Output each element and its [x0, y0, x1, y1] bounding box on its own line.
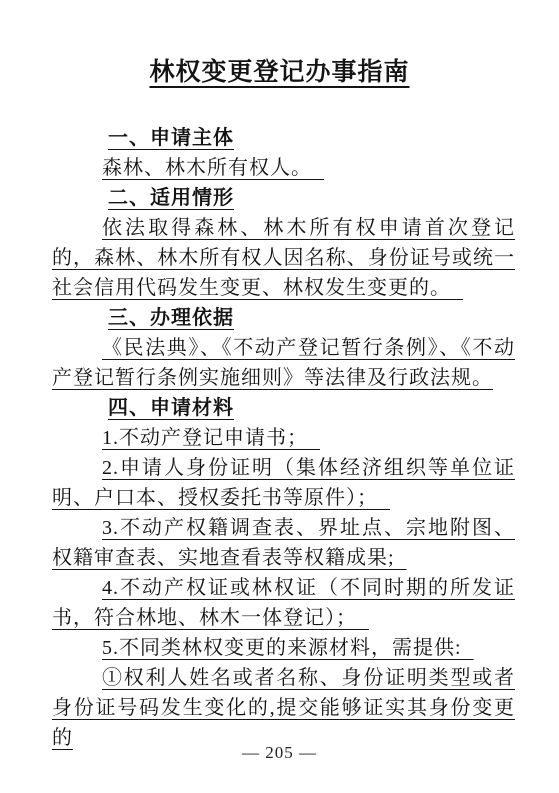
section-heading-applicable-situations: 二、适用情形: [52, 183, 515, 213]
section-heading-application-subject: 一、申请主体: [52, 123, 515, 153]
document-page: 林权变更登记办事指南 一、申请主体 森林、林木所有权人。 二、适用情形 依法取得…: [0, 0, 559, 793]
material-item-5: 5.不同类林权变更的来源材料，需提供:: [52, 633, 515, 663]
section-heading-legal-basis: 三、办理依据: [52, 303, 515, 333]
material-item-1: 1.不动产登记申请书；: [52, 423, 515, 453]
paragraph-application-subject: 森林、林木所有权人。: [52, 153, 515, 183]
material-item-2: 2.申请人身份证明（集体经济组织等单位证明、户口本、授权委托书等原件）；: [52, 453, 515, 513]
material-item-3: 3.不动产权籍调查表、界址点、宗地附图、权籍审查表、实地查看表等权籍成果;: [52, 513, 515, 573]
material-item-5-sub-1: ①权利人姓名或者名称、身份证明类型或者身份证号码发生变化的,提交能够证实其身份变…: [52, 663, 515, 753]
page-title: 林权变更登记办事指南: [0, 52, 559, 88]
paragraph-applicable-situations: 依法取得森林、林木所有权申请首次登记的，森林、林木所有权人因名称、身份证号或统一…: [52, 213, 515, 303]
page-number: — 205 —: [0, 743, 559, 763]
section-heading-application-materials: 四、申请材料: [52, 393, 515, 423]
paragraph-legal-basis: 《民法典》、《不动产登记暂行条例》、《不动产登记暂行条例实施细则》等法律及行政法…: [52, 333, 515, 393]
material-item-4: 4.不动产权证或林权证（不同时期的所发证书，符合林地、林木一体登记）；: [52, 573, 515, 633]
document-body: 一、申请主体 森林、林木所有权人。 二、适用情形 依法取得森林、林木所有权申请首…: [52, 123, 515, 753]
